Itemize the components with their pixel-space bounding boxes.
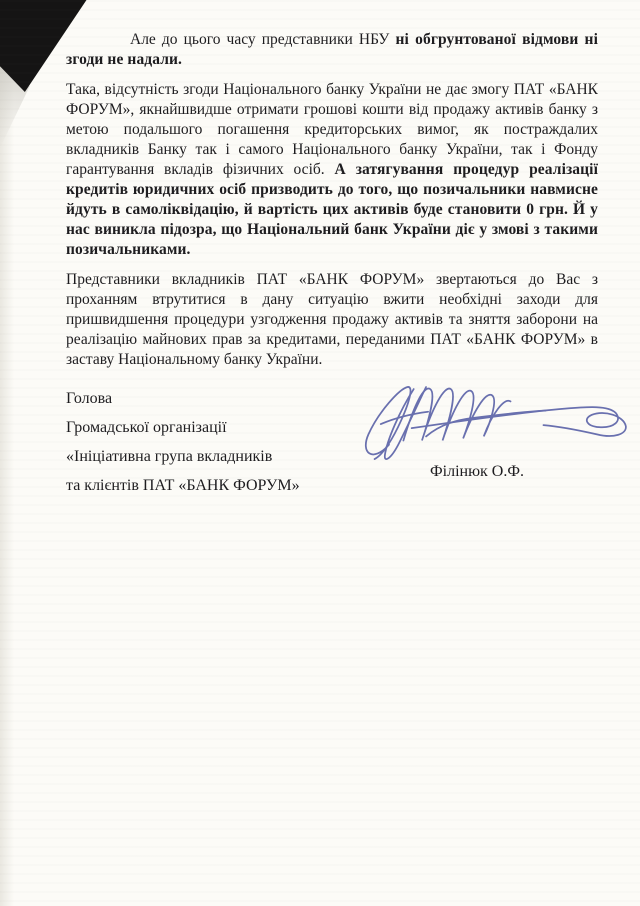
paragraph-3: Представники вкладників ПАТ «БАНК ФОРУМ»… xyxy=(66,270,598,370)
paragraph-1: Але до цього часу представники НБУ ні об… xyxy=(66,30,598,70)
signer-name: Філінюк О.Ф. xyxy=(430,463,524,481)
signer-title-line: «Ініціативна група вкладників xyxy=(66,442,300,471)
scanned-letter-page: Але до цього часу представники НБУ ні об… xyxy=(0,0,640,906)
paragraph-1-text: Але до цього часу представники НБУ xyxy=(130,31,396,48)
signer-title-line: Громадської організації xyxy=(66,413,300,442)
signer-title-line: Голова xyxy=(66,384,300,413)
signature-stroke xyxy=(366,387,411,459)
signature-title-block: Голова Громадської організації «Ініціати… xyxy=(66,384,300,500)
signer-title-line: та клієнтів ПАТ «БАНК ФОРУМ» xyxy=(66,471,300,500)
signature-stroke xyxy=(412,407,626,436)
paragraph-2: Така, відсутність згоди Національного ба… xyxy=(66,80,598,260)
letter-body: Але до цього часу представники НБУ ні об… xyxy=(66,30,598,380)
handwritten-signature xyxy=(354,376,632,468)
paragraph-3-text: Представники вкладників ПАТ «БАНК ФОРУМ»… xyxy=(66,271,598,368)
